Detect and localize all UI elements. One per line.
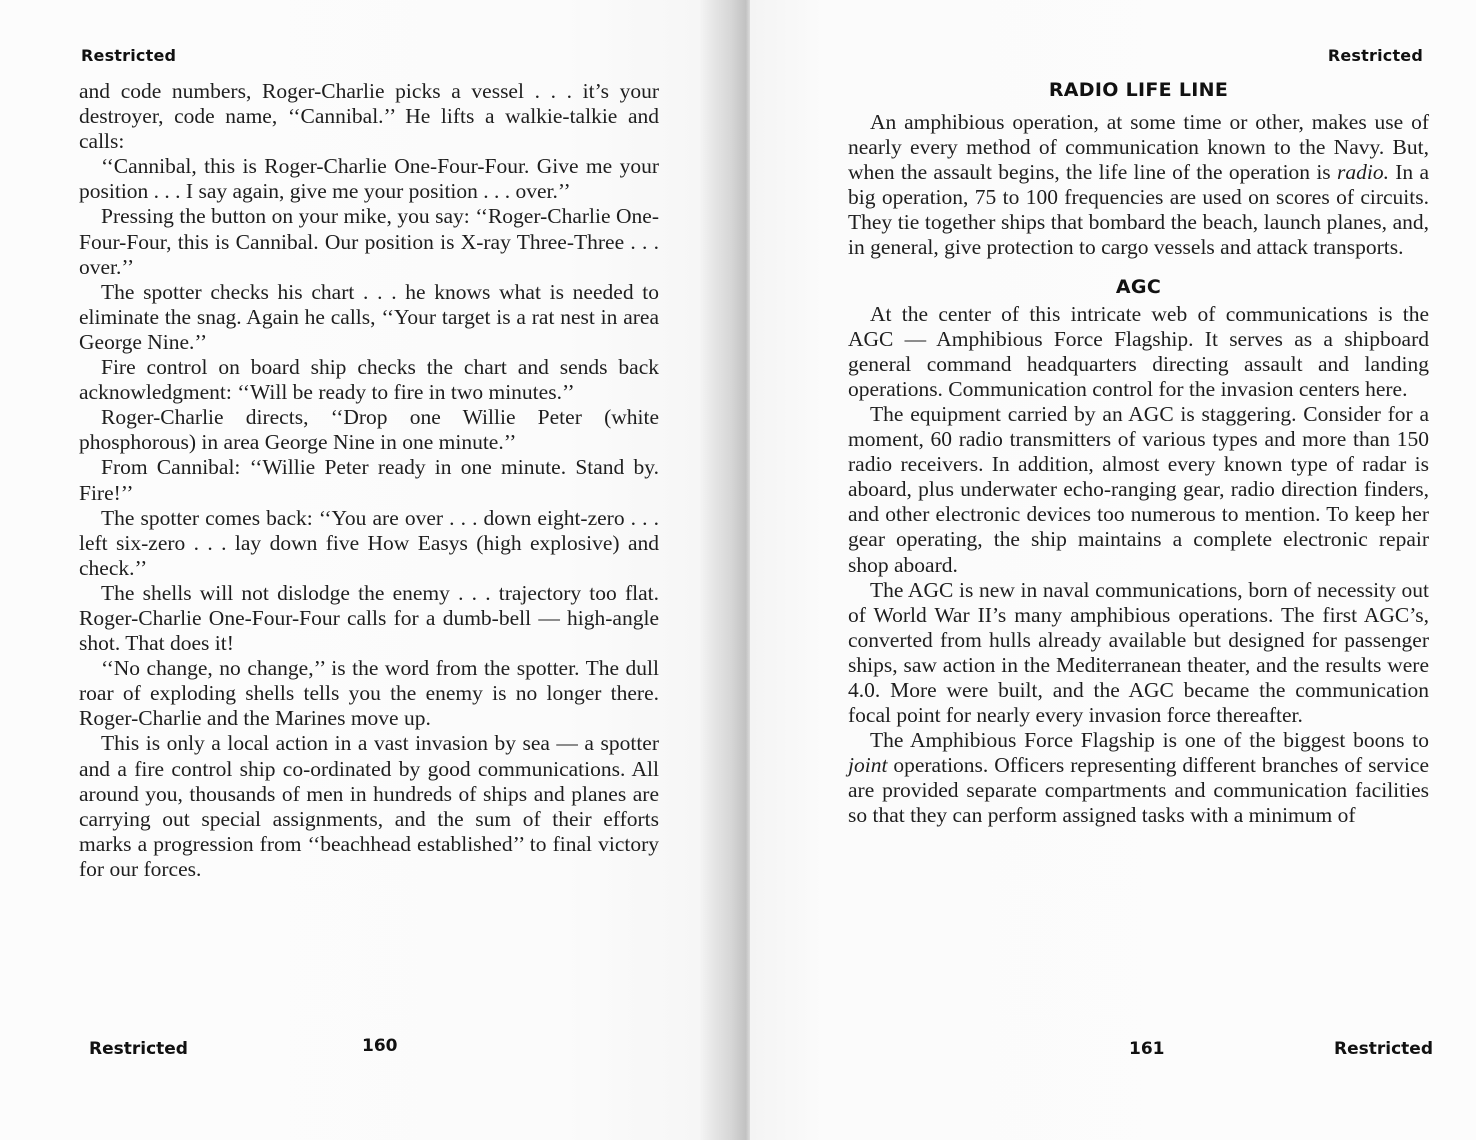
paragraph: Pressing the button on your mike, you sa… xyxy=(79,204,659,279)
paragraph: The spotter comes back: ‘‘You are over .… xyxy=(79,506,659,581)
paragraph: The shells will not dislodge the enemy .… xyxy=(79,581,659,656)
paragraph: and code numbers, Roger-Charlie picks a … xyxy=(79,79,659,154)
left-page: Restricted and code numbers, Roger-Charl… xyxy=(0,0,705,1140)
book-gutter xyxy=(700,0,752,1140)
paragraph: The spotter checks his chart . . . he kn… xyxy=(79,280,659,355)
right-footer-label: Restricted xyxy=(1334,1039,1433,1059)
right-page-number: 161 xyxy=(1129,1039,1165,1059)
section-title: RADIO LIFE LINE xyxy=(848,76,1429,110)
left-page-number: 160 xyxy=(362,1036,398,1056)
left-text-column: and code numbers, Roger-Charlie picks a … xyxy=(79,79,659,882)
right-running-head: Restricted xyxy=(1328,46,1423,65)
paragraph: The Amphibious Force Flagship is one of … xyxy=(848,728,1429,828)
paragraph: ‘‘No change, no change,’’ is the word fr… xyxy=(79,656,659,731)
paragraph: The AGC is new in naval communications, … xyxy=(848,578,1429,729)
italic-text: radio. xyxy=(1337,160,1389,184)
text-run: The Amphibious Force Flagship is one of … xyxy=(870,728,1429,752)
text-run: operations. Officers representing differ… xyxy=(848,753,1429,827)
right-page: Restricted RADIO LIFE LINE An amphibious… xyxy=(750,0,1476,1140)
paragraph: ‘‘Cannibal, this is Roger-Charlie One-Fo… xyxy=(79,154,659,204)
paragraph: From Cannibal: ‘‘Willie Peter ready in o… xyxy=(79,455,659,505)
left-running-head: Restricted xyxy=(81,46,176,65)
paragraph: Fire control on board ship checks the ch… xyxy=(79,355,659,405)
paragraph: The equipment carried by an AGC is stagg… xyxy=(848,402,1429,578)
left-footer-label: Restricted xyxy=(89,1039,188,1059)
italic-text: joint xyxy=(848,753,887,777)
subsection-title: AGC xyxy=(848,265,1429,302)
intro-paragraph: An amphibious operation, at some time or… xyxy=(848,110,1429,261)
right-text-column: RADIO LIFE LINE An amphibious operation,… xyxy=(848,76,1429,829)
paragraph: This is only a local action in a vast in… xyxy=(79,731,659,882)
book-spread: Restricted and code numbers, Roger-Charl… xyxy=(0,0,1476,1140)
paragraph: Roger-Charlie directs, ‘‘Drop one Willie… xyxy=(79,405,659,455)
paragraph: At the center of this intricate web of c… xyxy=(848,302,1429,402)
